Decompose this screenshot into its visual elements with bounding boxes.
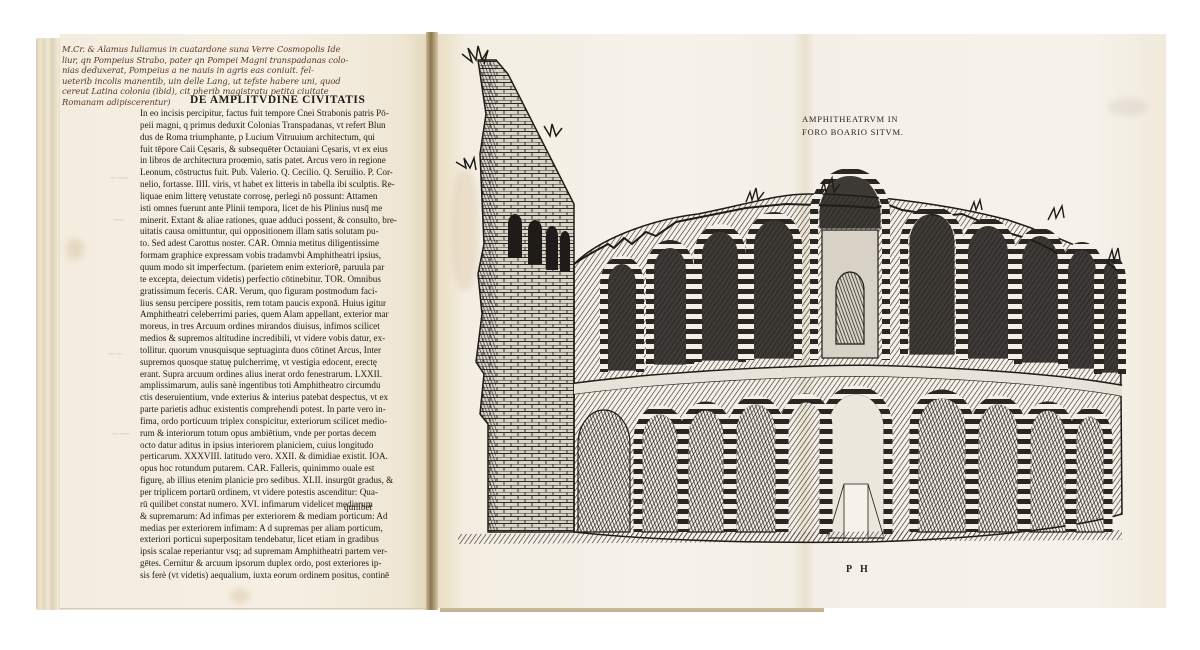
show-through-marginalia: ​~~ ~~ [108,352,122,358]
text-line: dus de Roma triumphante, p Lucium Vitruu… [140,132,414,144]
text-line: exteriori porticui superpositam tendebat… [140,534,414,546]
text-line: In eo incisis percipitur, factus fuit te… [140,108,414,120]
show-through-marginalia: ​~~ ~~~ [112,432,130,438]
text-line: Leonum, cōstructus fuit. Pub. Valerio. Q… [140,167,414,179]
catchword: quilibet [344,502,372,512]
amphitheatre-woodcut-illustration [448,44,1132,554]
chapter-heading: DE AMPLITVDINE CIVITATIS [190,94,365,106]
text-line: ctis deseruientium, vnde exterius & inte… [140,392,414,404]
text-line: ipsis scalae reperiantur vsq; ad suprema… [140,546,414,558]
open-book: M.Cr. & Alamus Iuliamus in cuatardone su… [0,0,1200,650]
text-line: per triplicem portarū ordinem, vt videre… [140,487,414,499]
text-line: gētes. Cernitur & arcuum ipsorum duplex … [140,558,414,570]
show-through-marginalia: ​~~~ [114,218,124,224]
text-line: liquae enim litterę vetustate corrosę, p… [140,191,414,203]
text-line: in libros de architectura proœmio, satis… [140,155,414,167]
text-line: minerit. Extant & aliae rationes, quae a… [140,215,414,227]
caption-line: AMPHITHEATRVM IN [802,113,904,126]
note-line: ueterib incolis manentib, uin delle Lang… [62,76,412,87]
text-line: perticarum. XXXVIII. latitudo vero. XXII… [140,451,414,463]
signature-mark: P H [846,564,871,575]
text-line: & supremarum: Ad infimas per exteriorem … [140,511,414,523]
book-gutter [426,32,438,610]
text-line: parte parietis adhuc existentis comprehe… [140,404,414,416]
text-line: formam graphice expressam vobis tradamvb… [140,250,414,262]
text-line: Amphitheatri celeberrimi paries, quem Al… [140,309,414,321]
text-line: quum modo sit imperfectum. (parietem eni… [140,262,414,274]
text-line: peii magni, q primus deduxit Colonias Tr… [140,120,414,132]
text-line: opus hoc rotundum putarem. CAR. Falleris… [140,463,414,475]
text-line: amplissimarum, aulis sanè ingentibus tot… [140,380,414,392]
text-line: gratissimum feceris. CAR. Verum, quo fig… [140,286,414,298]
text-line: fima, ordo porticuum triplex conspicitur… [140,416,414,428]
text-line: figurę, ab illius etenim planicie pro se… [140,475,414,487]
text-line: erant. Supra arcuum ordines alius inerat… [140,369,414,381]
text-line: nelio, fortasse. IIII. viris, vt habet e… [140,179,414,191]
upper-arcade [604,172,1122,374]
text-line: fuit tēpore Caii Cęsaris, & subsequēter … [140,144,414,156]
text-line: rū quilibet constat numero. XVI. infimar… [140,499,414,511]
text-line: moreus, in tres Arcuum ordines mirandos … [140,321,414,333]
text-line: tollitur. quorum vnusquisque septuaginta… [140,345,414,357]
caption-line: FORO BOARIO SITVM. [802,126,904,139]
foxing-stain [230,588,250,604]
text-line: medias per exteriorem infimam: A d supre… [140,523,414,535]
foxing-stain [66,238,84,260]
note-line: M.Cr. & Alamus Iuliamus in cuatardone su… [62,44,412,55]
text-line: isti omnes fuerunt ante Plinii tempora, … [140,203,414,215]
ruined-tower [456,46,574,532]
illustration-caption: AMPHITHEATRVM IN FORO BOARIO SITVM. [802,113,904,139]
text-line: uitatis causa omittuntur, qui opposition… [140,226,414,238]
latin-body-text: In eo incisis percipitur, factus fuit te… [140,108,414,582]
text-line: rum & interiorum totum opus ambiētium, v… [140,428,414,440]
text-line: supremos quosque statuę pulcherrimę, vt … [140,357,414,369]
note-line: nias deduxerat, Pompeius a ne nauis in a… [62,65,412,76]
text-line: to. Sed adest Carottus noster. CAR. Omni… [140,238,414,250]
text-line: sis ferè (vt videtis) aequalium, iuxta e… [140,570,414,582]
text-line: lius sensu percipere possitis, rem totam… [140,298,414,310]
text-line: octo datur aditus in ipsius interiorem p… [140,440,414,452]
note-line: liur, qn Pompeius Strabo, pater qn Pompe… [62,55,412,66]
text-line: medios & supremos altitudine incredibili… [140,333,414,345]
text-line: te excepta, deiectum videtis) perfectio … [140,274,414,286]
show-through-marginalia: ​~~ ~~~ [110,176,128,182]
